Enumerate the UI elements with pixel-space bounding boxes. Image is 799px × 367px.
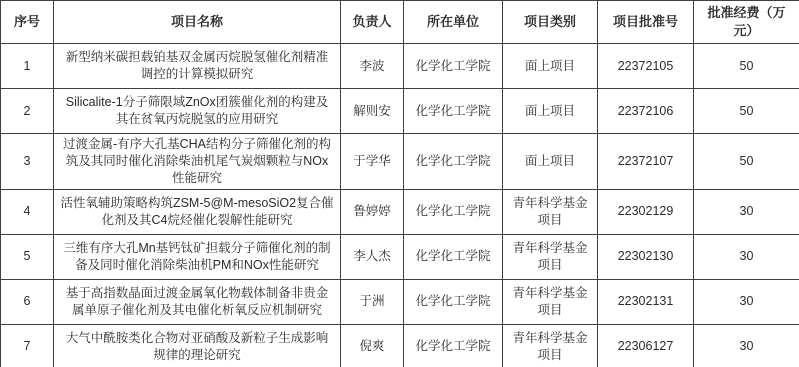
cell-unit: 化学化工学院 xyxy=(404,324,503,367)
cell-index: 1 xyxy=(1,44,54,89)
cell-unit: 化学化工学院 xyxy=(404,189,503,234)
page: 序号项目名称负责人所在单位项目类别项目批准号批准经费（万元） 1新型纳米碳担载铂… xyxy=(0,0,799,367)
cell-category: 青年科学基金项目 xyxy=(503,324,598,367)
cell-funding: 30 xyxy=(694,189,799,234)
cell-leader: 于学华 xyxy=(341,134,404,190)
cell-index: 5 xyxy=(1,234,54,279)
column-header-funding: 批准经费（万元） xyxy=(694,1,799,44)
cell-approval-number: 22372105 xyxy=(598,44,694,89)
cell-approval-number: 22302130 xyxy=(598,234,694,279)
table-row: 5三维有序大孔Mn基钙钛矿担载分子筛催化剂的制备及同时催化消除柴油机PM和NOx… xyxy=(1,234,799,279)
cell-category: 面上项目 xyxy=(503,44,598,89)
cell-index: 3 xyxy=(1,134,54,190)
cell-approval-number: 22372107 xyxy=(598,134,694,190)
cell-index: 7 xyxy=(1,324,54,367)
grant-project-table: 序号项目名称负责人所在单位项目类别项目批准号批准经费（万元） 1新型纳米碳担载铂… xyxy=(0,0,799,367)
column-header-unit: 所在单位 xyxy=(404,1,503,44)
cell-funding: 30 xyxy=(694,234,799,279)
table-header-row: 序号项目名称负责人所在单位项目类别项目批准号批准经费（万元） xyxy=(1,1,799,44)
cell-unit: 化学化工学院 xyxy=(404,44,503,89)
table-row: 1新型纳米碳担载铂基双金属丙烷脱氢催化剂精准调控的计算模拟研究李波化学化工学院面… xyxy=(1,44,799,89)
cell-index: 6 xyxy=(1,279,54,324)
column-header-leader: 负责人 xyxy=(341,1,404,44)
table-row: 6基于高指数晶面过渡金属氧化物载体制备非贵金属单原子催化剂及其电催化析氧反应机制… xyxy=(1,279,799,324)
table-row: 2Silicalite-1分子筛限域ZnOx团簇催化剂的构建及其在贫氧丙烷脱氢的… xyxy=(1,89,799,134)
cell-unit: 化学化工学院 xyxy=(404,234,503,279)
table-body: 1新型纳米碳担载铂基双金属丙烷脱氢催化剂精准调控的计算模拟研究李波化学化工学院面… xyxy=(1,44,799,367)
cell-leader: 李人杰 xyxy=(341,234,404,279)
column-header-project-name: 项目名称 xyxy=(54,1,341,44)
column-header-approval-number: 项目批准号 xyxy=(598,1,694,44)
cell-category: 青年科学基金项目 xyxy=(503,189,598,234)
cell-project-name: 基于高指数晶面过渡金属氧化物载体制备非贵金属单原子催化剂及其电催化析氧反应机制研… xyxy=(54,279,341,324)
cell-project-name: 大气中酰胺类化合物对亚硝酸及新粒子生成影响规律的理论研究 xyxy=(54,324,341,367)
table-row: 4活性氧辅助策略构筑ZSM-5@M-mesoSiO2复合催化剂及其C4烷烃催化裂… xyxy=(1,189,799,234)
cell-funding: 50 xyxy=(694,44,799,89)
cell-index: 4 xyxy=(1,189,54,234)
cell-project-name: 过渡金属-有序大孔基CHA结构分子筛催化剂的构筑及其同时催化消除柴油机尾气炭烟颗… xyxy=(54,134,341,190)
cell-funding: 30 xyxy=(694,279,799,324)
cell-leader: 鲁婷婷 xyxy=(341,189,404,234)
cell-leader: 倪爽 xyxy=(341,324,404,367)
cell-project-name: 新型纳米碳担载铂基双金属丙烷脱氢催化剂精准调控的计算模拟研究 xyxy=(54,44,341,89)
cell-funding: 50 xyxy=(694,134,799,190)
cell-approval-number: 22302129 xyxy=(598,189,694,234)
table-header: 序号项目名称负责人所在单位项目类别项目批准号批准经费（万元） xyxy=(1,1,799,44)
table-row: 7大气中酰胺类化合物对亚硝酸及新粒子生成影响规律的理论研究倪爽化学化工学院青年科… xyxy=(1,324,799,367)
cell-project-name: 三维有序大孔Mn基钙钛矿担载分子筛催化剂的制备及同时催化消除柴油机PM和NOx性… xyxy=(54,234,341,279)
cell-leader: 李波 xyxy=(341,44,404,89)
cell-approval-number: 22372106 xyxy=(598,89,694,134)
table-row: 3过渡金属-有序大孔基CHA结构分子筛催化剂的构筑及其同时催化消除柴油机尾气炭烟… xyxy=(1,134,799,190)
column-header-index: 序号 xyxy=(1,1,54,44)
cell-category: 面上项目 xyxy=(503,134,598,190)
cell-leader: 于洲 xyxy=(341,279,404,324)
cell-category: 面上项目 xyxy=(503,89,598,134)
cell-approval-number: 22302131 xyxy=(598,279,694,324)
cell-unit: 化学化工学院 xyxy=(404,279,503,324)
column-header-category: 项目类别 xyxy=(503,1,598,44)
cell-funding: 50 xyxy=(694,89,799,134)
cell-funding: 30 xyxy=(694,324,799,367)
cell-category: 青年科学基金项目 xyxy=(503,279,598,324)
cell-project-name: 活性氧辅助策略构筑ZSM-5@M-mesoSiO2复合催化剂及其C4烷烃催化裂解… xyxy=(54,189,341,234)
cell-index: 2 xyxy=(1,89,54,134)
cell-approval-number: 22306127 xyxy=(598,324,694,367)
cell-project-name: Silicalite-1分子筛限域ZnOx团簇催化剂的构建及其在贫氧丙烷脱氢的应… xyxy=(54,89,341,134)
cell-unit: 化学化工学院 xyxy=(404,134,503,190)
cell-unit: 化学化工学院 xyxy=(404,89,503,134)
cell-leader: 解则安 xyxy=(341,89,404,134)
cell-category: 青年科学基金项目 xyxy=(503,234,598,279)
